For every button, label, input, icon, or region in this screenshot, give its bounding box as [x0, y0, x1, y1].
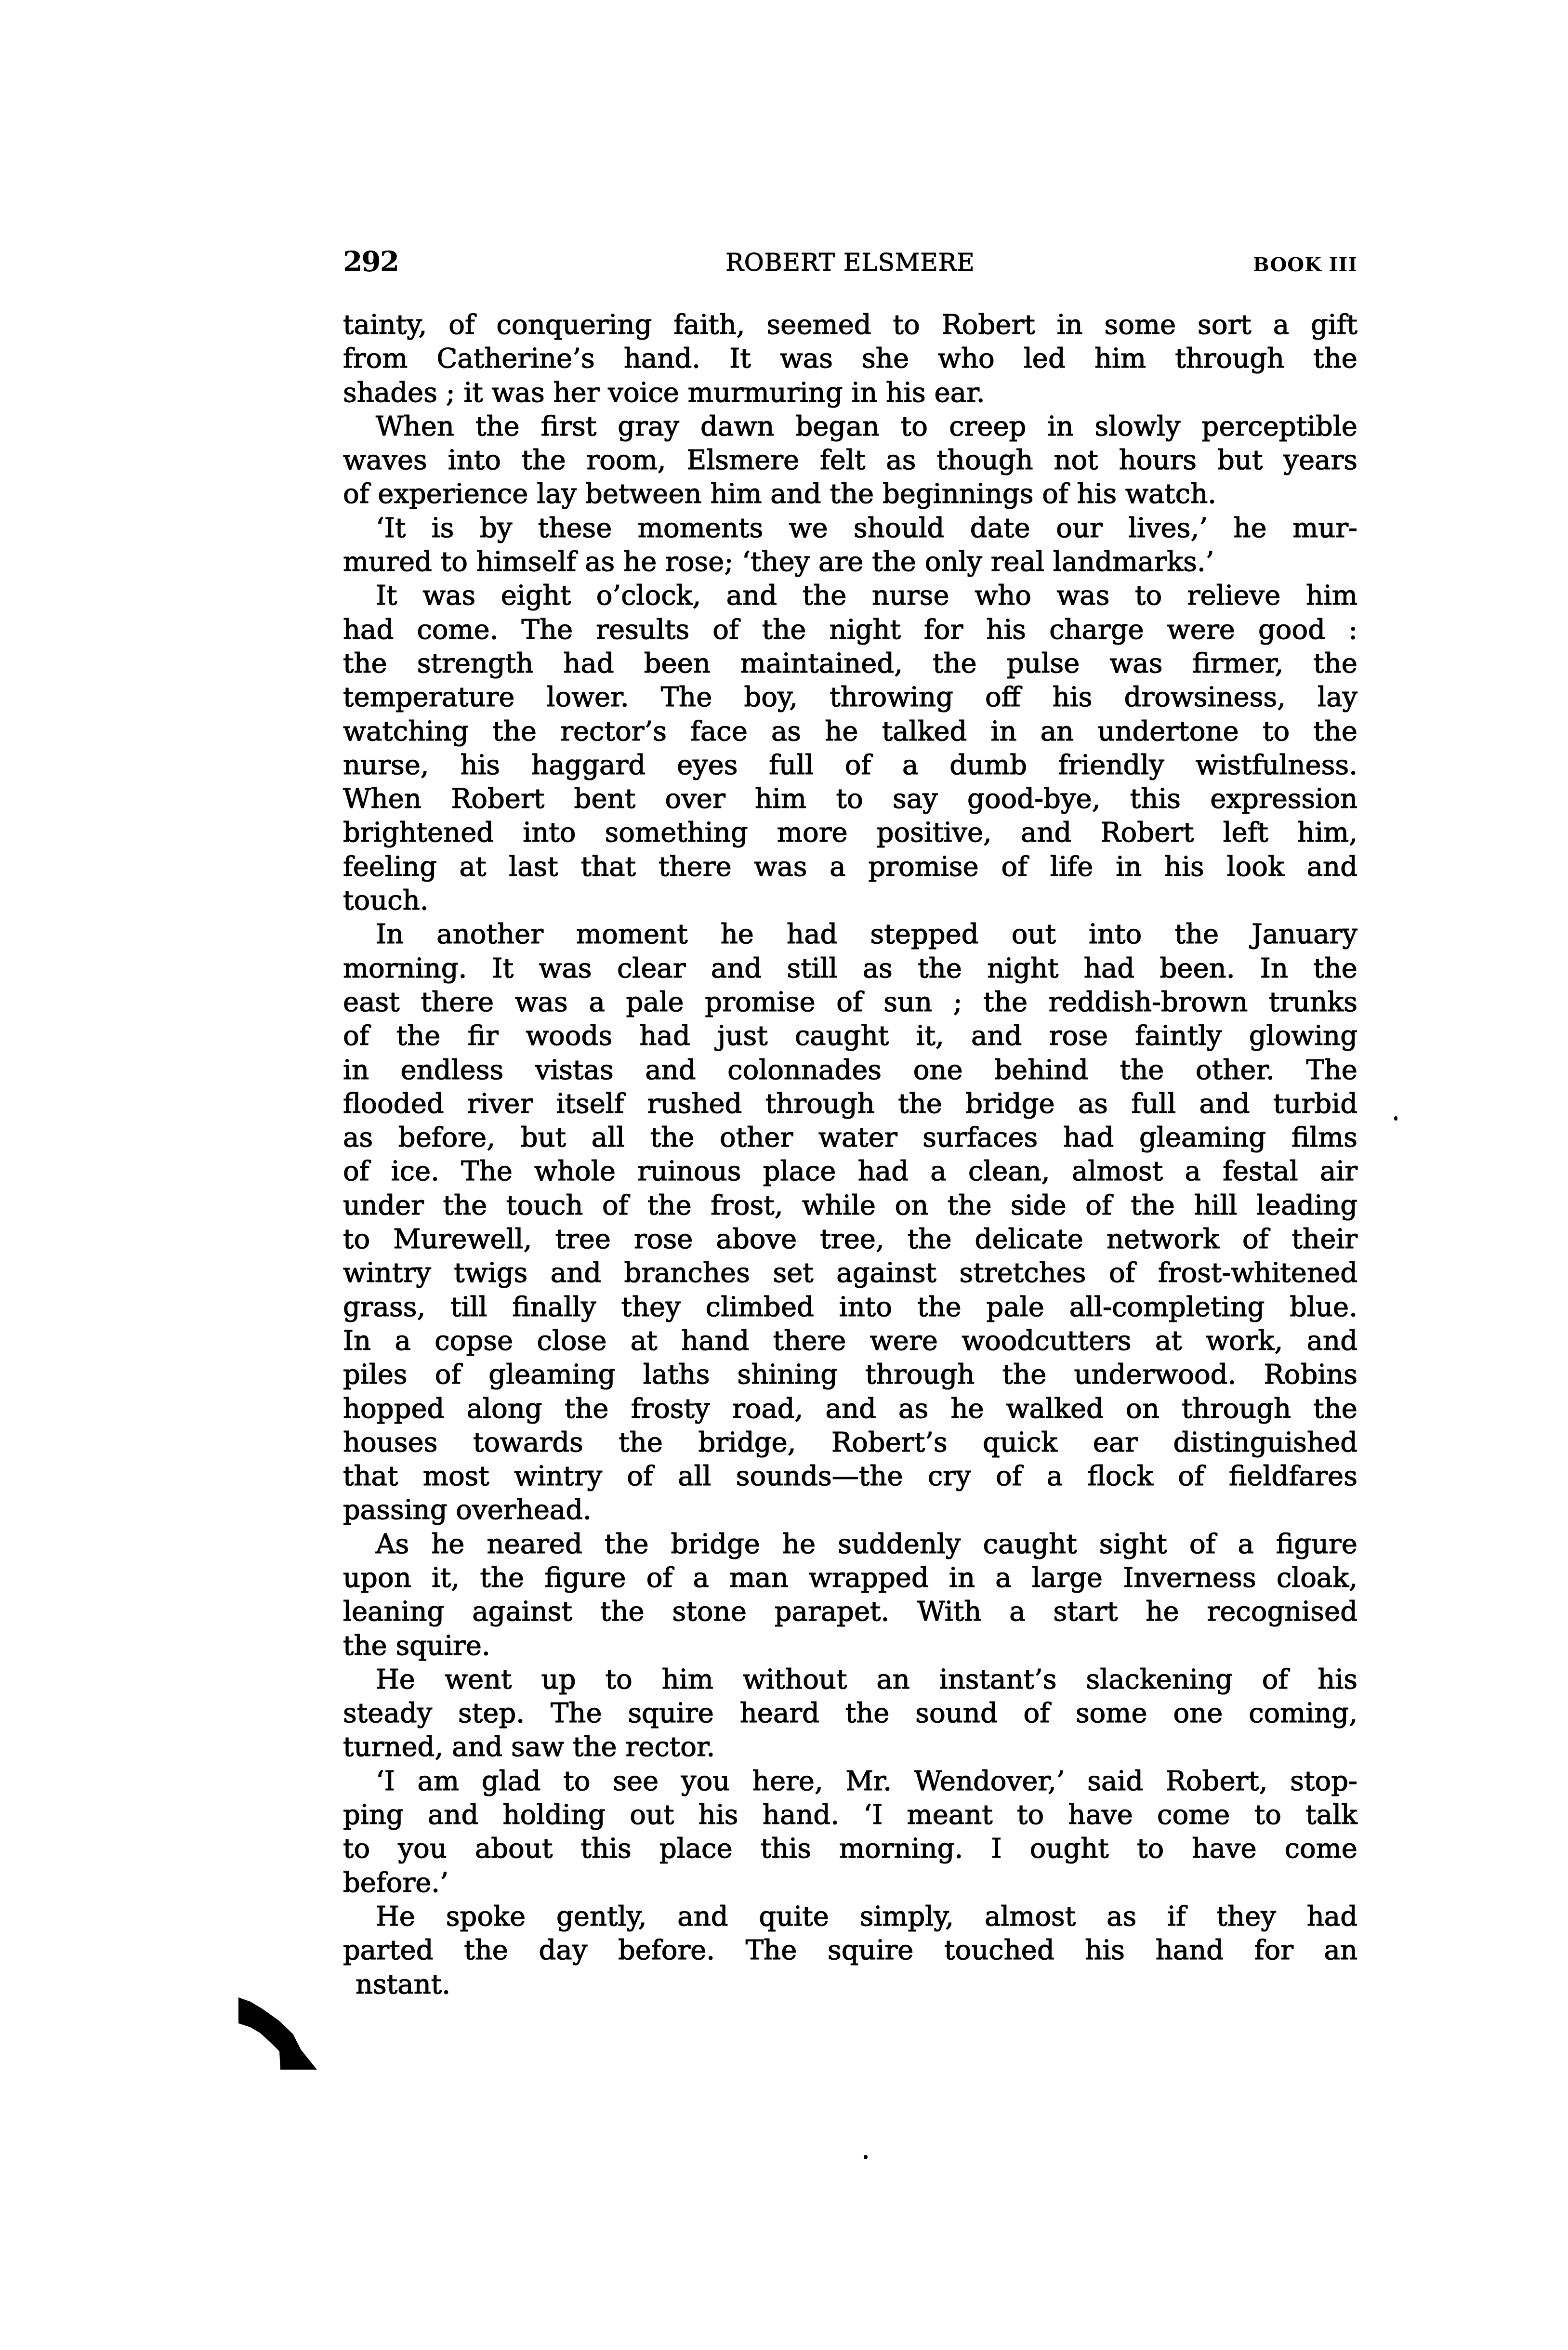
text-line: upon it, the figure of a man wrapped in …: [343, 1561, 1357, 1595]
text-line: When Robert bent over him to say good-by…: [343, 782, 1357, 816]
text-line: nurse, his haggard eyes full of a dumb f…: [343, 749, 1357, 782]
text-line: hopped along the frosty road, and as he …: [343, 1392, 1357, 1426]
text-line: turned, and saw the rector.: [343, 1730, 1357, 1764]
running-head: 292 ROBERT ELSMERE BOOK III: [343, 245, 1357, 278]
text-line: under the touch of the frost, while on t…: [343, 1189, 1357, 1223]
text-line: of ice. The whole ruinous place had a cl…: [343, 1155, 1357, 1188]
text-line: As he neared the bridge he suddenly caug…: [343, 1528, 1357, 1561]
ink-speck: [1394, 1116, 1397, 1121]
text-line: It was eight o’clock, and the nurse who …: [343, 579, 1357, 613]
text-line: to Murewell, tree rose above tree, the d…: [343, 1223, 1357, 1256]
text-line: in endless vistas and colonnades one beh…: [343, 1054, 1357, 1087]
text-line: as before, but all the other water surfa…: [343, 1121, 1357, 1155]
text-line: ‘It is by these moments we should date o…: [343, 512, 1357, 545]
text-line: touch.: [343, 884, 1357, 918]
text-line: He went up to him without an instant’s s…: [343, 1663, 1357, 1697]
text-line: wintry twigs and branches set against st…: [343, 1256, 1357, 1290]
text-line: before.’: [343, 1866, 1357, 1900]
book-label: BOOK III: [1253, 255, 1357, 275]
text-line: east there was a pale promise of sun ; t…: [343, 986, 1357, 1019]
text-line: grass, till finally they climbed into th…: [343, 1291, 1357, 1324]
text-line: ‘I am glad to see you here, Mr. Wendover…: [343, 1765, 1357, 1798]
text-line: In a copse close at hand there were wood…: [343, 1324, 1357, 1358]
text-line: that most wintry of all sounds—the cry o…: [343, 1460, 1357, 1493]
scan-blob-icon: [236, 1994, 320, 2073]
text-line: temperature lower. The boy, throwing off…: [343, 681, 1357, 714]
book-page: 292 ROBERT ELSMERE BOOK III tainty, of c…: [0, 0, 1568, 2350]
ink-speck: [864, 2155, 868, 2159]
text-line: ping and holding out his hand. ‘I meant …: [343, 1798, 1357, 1832]
text-line: to you about this place this morning. I …: [343, 1832, 1357, 1866]
text-line: piles of gleaming laths shining through …: [343, 1358, 1357, 1392]
text-line: had come. The results of the night for h…: [343, 613, 1357, 647]
text-line: When the first gray dawn began to creep …: [343, 410, 1357, 444]
text-line: steady step. The squire heard the sound …: [343, 1697, 1357, 1730]
text-line: from Catherine’s hand. It was she who le…: [343, 342, 1357, 376]
text-line: parted the day before. The squire touche…: [343, 1934, 1357, 1967]
text-line: In another moment he had stepped out int…: [343, 918, 1357, 951]
text-line: He spoke gently, and quite simply, almos…: [343, 1900, 1357, 1934]
text-line: mured to himself as he rose; ‘they are t…: [343, 545, 1357, 579]
running-title: ROBERT ELSMERE: [343, 251, 1357, 275]
text-line: feeling at last that there was a promise…: [343, 850, 1357, 884]
text-line: houses towards the bridge, Robert’s quic…: [343, 1426, 1357, 1460]
text-line: of experience lay between him and the be…: [343, 477, 1357, 511]
text-line: the strength had been maintained, the pu…: [343, 647, 1357, 681]
text-line: passing overhead.: [343, 1493, 1357, 1527]
text-line: tainty, of conquering faith, seemed to R…: [343, 308, 1357, 342]
text-line: flooded river itself rushed through the …: [343, 1087, 1357, 1121]
text-line: leaning against the stone parapet. With …: [343, 1595, 1357, 1629]
text-line: brightened into something more positive,…: [343, 816, 1357, 850]
text-line: waves into the room, Elsmere felt as tho…: [343, 444, 1357, 477]
text-line: of the fir woods had just caught it, and…: [343, 1019, 1357, 1053]
text-line: morning. It was clear and still as the n…: [343, 952, 1357, 986]
body-text: tainty, of conquering faith, seemed to R…: [343, 308, 1357, 2002]
text-line: shades ; it was her voice murmuring in h…: [343, 376, 1357, 410]
text-line: the squire.: [343, 1629, 1357, 1663]
text-line: watching the rector’s face as he talked …: [343, 715, 1357, 749]
text-line: nstant.: [343, 1968, 1357, 2002]
